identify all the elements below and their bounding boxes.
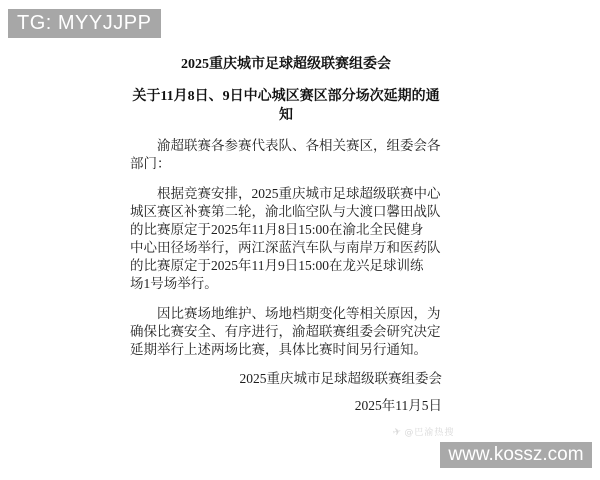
notice-issuer-title: 2025重庆城市足球超级联赛组委会 (130, 56, 442, 74)
notice-document: 2025重庆城市足球超级联赛组委会 关于11月8日、9日中心城区赛区部分场次延期… (130, 56, 442, 415)
notice-date: 2025年11月5日 (130, 397, 442, 415)
notice-decision-paragraph: 因比赛场地维护、场地档期变化等相关原因，为 确保比赛安全、有序进行，渝超联赛组委… (130, 305, 442, 359)
notice-body-paragraph: 根据竞赛安排，2025重庆城市足球超级联赛中心 城区赛区补赛第二轮，渝北临空队与… (130, 185, 442, 293)
notice-signature: 2025重庆城市足球超级联赛组委会 (130, 370, 442, 388)
notice-salutation: 渝超联赛各参赛代表队、各相关赛区，组委会各 部门： (130, 137, 442, 173)
paper-plane-icon: ✈ (392, 426, 404, 440)
source-watermark-text: @巴渝热搜 (404, 427, 454, 439)
notice-subject-title: 关于11月8日、9日中心城区赛区部分场次延期的通 知 (130, 87, 442, 125)
screenshot-page: TG: MYYJJPP 2025重庆城市足球超级联赛组委会 关于11月8日、9日… (0, 0, 600, 480)
telegram-watermark-badge: TG: MYYJJPP (8, 9, 161, 38)
site-watermark-bar: www.kossz.com (440, 442, 592, 468)
source-watermark: ✈ @巴渝热搜 (393, 427, 454, 439)
